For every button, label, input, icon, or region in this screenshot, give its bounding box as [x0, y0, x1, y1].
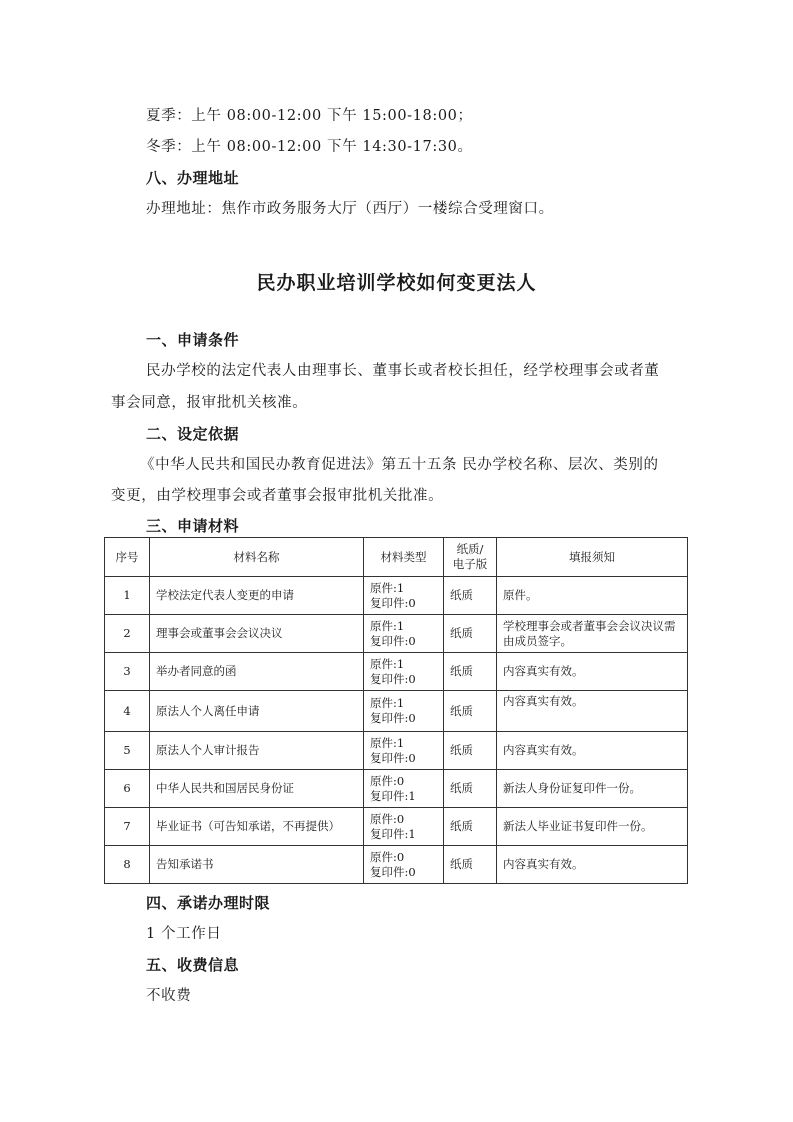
row-name: 学校法定代表人变更的申请: [150, 577, 364, 615]
row-name: 原法人个人离任申请: [150, 691, 364, 732]
section-5-heading: 五、收费信息: [146, 955, 239, 975]
row-type: 原件:1复印件:0: [364, 577, 444, 615]
row-original-count: 原件:1: [370, 619, 437, 634]
row-index: 8: [105, 846, 150, 884]
time-limit-text: 1 个工作日: [146, 924, 221, 944]
row-copy-count: 复印件:1: [370, 827, 437, 842]
row-form: 纸质: [444, 770, 497, 808]
row-original-count: 原件:1: [370, 657, 437, 672]
section-2-heading: 二、设定依据: [146, 424, 239, 444]
row-form: 纸质: [444, 653, 497, 691]
row-type: 原件:1复印件:0: [364, 615, 444, 653]
row-note: 学校理事会或者董事会会议决议需由成员签字。: [497, 615, 688, 653]
row-form: 纸质: [444, 846, 497, 884]
row-name: 告知承诺书: [150, 846, 364, 884]
address-text: 办理地址：焦作市政务服务大厅（西厅）一楼综合受理窗口。: [146, 199, 554, 219]
row-form: 纸质: [444, 808, 497, 846]
row-name: 举办者同意的函: [150, 653, 364, 691]
section-8-heading: 八、办理地址: [146, 168, 239, 188]
section-2-line-1: 《中华人民共和国民办教育促进法》第五十五条 民办学校名称、层次、类别的: [140, 455, 659, 475]
header-name: 材料名称: [150, 538, 364, 577]
document-page: 夏季：上午 08:00-12:00 下午 15:00-18:00； 冬季：上午 …: [0, 0, 793, 1122]
row-original-count: 原件:0: [370, 850, 437, 865]
row-original-count: 原件:1: [370, 581, 437, 596]
row-index: 3: [105, 653, 150, 691]
table-row: 5 原法人个人审计报告 原件:1复印件:0 纸质 内容真实有效。: [105, 732, 688, 770]
row-form: 纸质: [444, 691, 497, 732]
header-form: 纸质/ 电子版: [444, 538, 497, 577]
row-index: 1: [105, 577, 150, 615]
row-note: 内容真实有效。: [497, 653, 688, 691]
header-index: 序号: [105, 538, 150, 577]
row-copy-count: 复印件:0: [370, 865, 437, 880]
header-form-line-1: 纸质/: [450, 542, 490, 557]
row-original-count: 原件:1: [370, 696, 437, 711]
row-index: 5: [105, 732, 150, 770]
row-note: 内容真实有效。: [497, 691, 688, 732]
row-index: 4: [105, 691, 150, 732]
page-title: 民办职业培训学校如何变更法人: [0, 270, 793, 296]
row-name: 原法人个人审计报告: [150, 732, 364, 770]
row-copy-count: 复印件:0: [370, 672, 437, 687]
row-type: 原件:0复印件:1: [364, 808, 444, 846]
row-original-count: 原件:0: [370, 774, 437, 789]
section-3-heading: 三、申请材料: [146, 516, 239, 536]
row-copy-count: 复印件:0: [370, 634, 437, 649]
row-name: 理事会或董事会会议决议: [150, 615, 364, 653]
row-index: 2: [105, 615, 150, 653]
section-1-line-2: 事会同意，报审批机关核准。: [111, 393, 307, 413]
winter-hours: 冬季：上午 08:00-12:00 下午 14:30-17:30。: [146, 137, 473, 157]
section-2-line-2: 变更，由学校理事会或者董事会报审批机关批准。: [111, 486, 443, 506]
row-note: 内容真实有效。: [497, 846, 688, 884]
table-row: 7 毕业证书（可告知承诺，不再提供） 原件:0复印件:1 纸质 新法人毕业证书复…: [105, 808, 688, 846]
section-1-line-1: 民办学校的法定代表人由理事长、董事长或者校长担任，经学校理事会或者董: [146, 361, 659, 381]
row-copy-count: 复印件:0: [370, 751, 437, 766]
section-4-heading: 四、承诺办理时限: [146, 893, 270, 913]
row-original-count: 原件:0: [370, 812, 437, 827]
row-type: 原件:1复印件:0: [364, 732, 444, 770]
row-name: 中华人民共和国居民身份证: [150, 770, 364, 808]
row-copy-count: 复印件:1: [370, 789, 437, 804]
row-original-count: 原件:1: [370, 736, 437, 751]
row-type: 原件:0复印件:0: [364, 846, 444, 884]
fee-text: 不收费: [146, 986, 191, 1006]
summer-hours: 夏季：上午 08:00-12:00 下午 15:00-18:00；: [146, 106, 473, 126]
header-type: 材料类型: [364, 538, 444, 577]
row-form: 纸质: [444, 615, 497, 653]
row-type: 原件:1复印件:0: [364, 691, 444, 732]
materials-table: 序号 材料名称 材料类型 纸质/ 电子版 填报须知 1 学校法定代表人变更的申请…: [104, 537, 688, 884]
row-copy-count: 复印件:0: [370, 596, 437, 611]
row-note: 原件。: [497, 577, 688, 615]
row-note: 新法人毕业证书复印件一份。: [497, 808, 688, 846]
header-form-line-2: 电子版: [450, 557, 490, 572]
row-note: 新法人身份证复印件一份。: [497, 770, 688, 808]
row-copy-count: 复印件:0: [370, 711, 437, 726]
row-note: 内容真实有效。: [497, 732, 688, 770]
row-name: 毕业证书（可告知承诺，不再提供）: [150, 808, 364, 846]
table-row: 2 理事会或董事会会议决议 原件:1复印件:0 纸质 学校理事会或者董事会会议决…: [105, 615, 688, 653]
row-form: 纸质: [444, 577, 497, 615]
row-index: 7: [105, 808, 150, 846]
row-index: 6: [105, 770, 150, 808]
section-1-heading: 一、申请条件: [146, 330, 239, 350]
row-type: 原件:1复印件:0: [364, 653, 444, 691]
table-row: 8 告知承诺书 原件:0复印件:0 纸质 内容真实有效。: [105, 846, 688, 884]
table-row: 6 中华人民共和国居民身份证 原件:0复印件:1 纸质 新法人身份证复印件一份。: [105, 770, 688, 808]
table-row: 1 学校法定代表人变更的申请 原件:1复印件:0 纸质 原件。: [105, 577, 688, 615]
table-row: 3 举办者同意的函 原件:1复印件:0 纸质 内容真实有效。: [105, 653, 688, 691]
table-header-row: 序号 材料名称 材料类型 纸质/ 电子版 填报须知: [105, 538, 688, 577]
table-row: 4 原法人个人离任申请 原件:1复印件:0 纸质 内容真实有效。: [105, 691, 688, 732]
header-note: 填报须知: [497, 538, 688, 577]
row-form: 纸质: [444, 732, 497, 770]
row-type: 原件:0复印件:1: [364, 770, 444, 808]
